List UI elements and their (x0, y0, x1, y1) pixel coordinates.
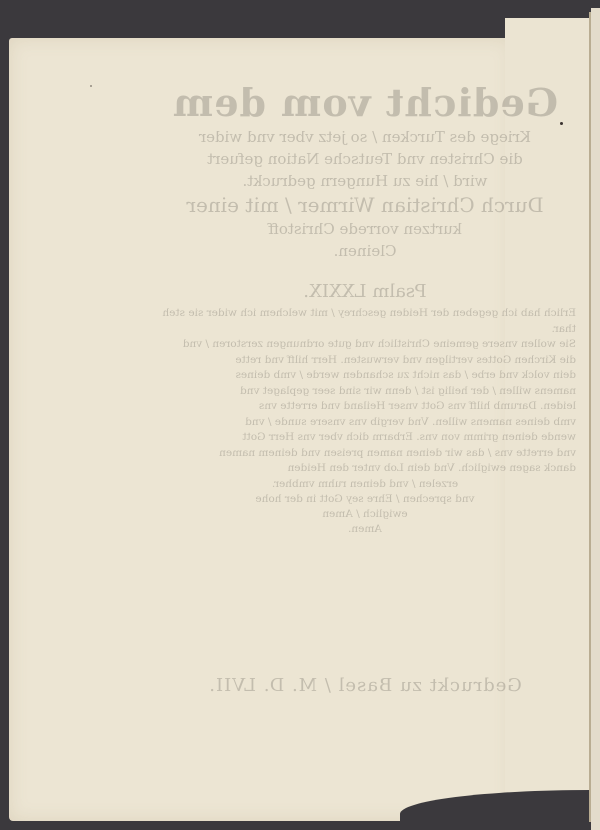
bleed-tail-line: Amen. (150, 522, 580, 537)
ink-speck (90, 85, 92, 87)
bleed-section-heading: Psalm LXXIX. (150, 278, 580, 306)
bleed-body-line: thar. (154, 322, 576, 338)
bleed-author-line: Durch Christian Wirmer / mit einer (150, 192, 580, 218)
bleed-through-text: Gedicht vom dem Kriege des Turcken / so … (150, 80, 580, 537)
bleed-body-line: die Kirchen Gottes vertilgen vnd verwust… (154, 353, 576, 369)
facing-page-edge (591, 8, 600, 830)
bleed-author-line: Cleinen. (150, 240, 580, 262)
bleed-body-line: vmb deines namens willen. Vnd vergib vns… (154, 415, 576, 431)
bleed-tail-line: erzelen / vnd deinen ruhm vmbher. (150, 477, 580, 492)
bleed-author-line: kurtzen vorrede Christoff (150, 218, 580, 240)
bleed-body-line: danck sagen ewiglich. Vnd dein Lob vnter… (154, 461, 576, 477)
bleed-body-line: leiden. Darumb hilff vns Gott vnser Heil… (154, 399, 576, 415)
bleed-body-text: Erlich hab ich gegeben der Heiden geschr… (150, 306, 580, 477)
bleed-body-line: wende deinen grimm von vns. Erbarm dich … (154, 430, 576, 446)
bleed-body-line: namens willen / der heilig ist / denn wi… (154, 384, 576, 400)
bleed-title: Gedicht vom dem (150, 80, 580, 126)
bleed-subtitle-line: Kriege des Turcken / so jetz vber vnd wi… (150, 126, 580, 148)
bleed-imprint: Gedruckt zu Basel / M. D. LVII. (150, 675, 580, 696)
bleed-body-line: Erlich hab ich gegeben der Heiden geschr… (154, 306, 576, 322)
bleed-subtitle-line: wird / hie zu Hungern gedruckt. (150, 170, 580, 192)
bleed-body-line: dein volck vnd erbe / das nicht zu schan… (154, 368, 576, 384)
bleed-tail-line: ewiglich / Amen (150, 507, 580, 522)
bleed-subtitle-line: die Christen vnd Teutsche Nation gefuert (150, 148, 580, 170)
bleed-body-line: Sie wollen vnsere gemeine Christlich vnd… (154, 337, 576, 353)
bleed-body-line: vnd errette vns / das wir deinen namen p… (154, 446, 576, 462)
bleed-tail-line: vnd sprechen / Ehre sey Gott in der hohe (150, 492, 580, 507)
